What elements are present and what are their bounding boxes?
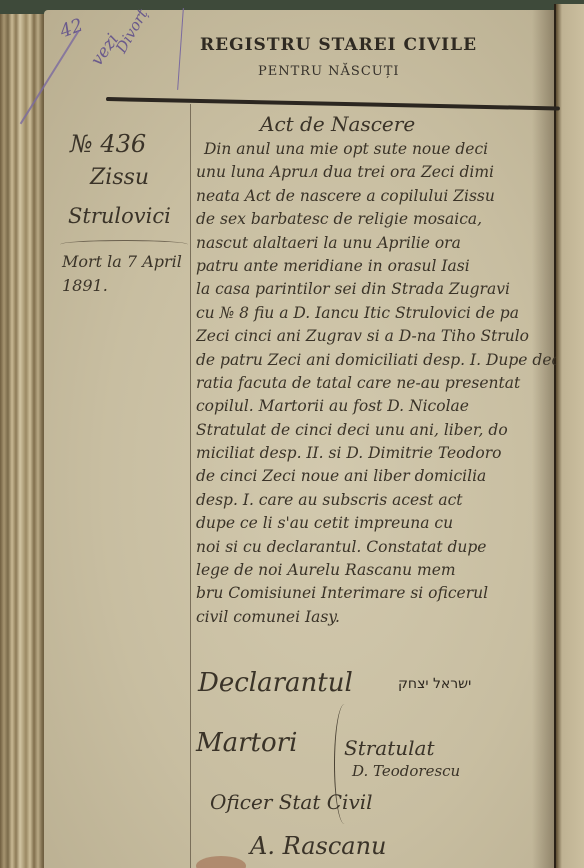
act-line: miciliat desp. II. si D. Dimitrie Teodor… bbox=[196, 444, 556, 467]
act-line: civil comunei Iasy. bbox=[196, 608, 556, 631]
act-line: copilul. Martorii au fost D. Nicolae bbox=[196, 397, 556, 420]
act-title: Act de Nascere bbox=[260, 112, 415, 136]
act-line: de cinci Zeci noue ani liber domicilia bbox=[196, 467, 556, 490]
margin-brace bbox=[60, 240, 188, 249]
act-line: neata Act de nascere a copilului Zissu bbox=[196, 187, 556, 210]
act-line: lege de noi Aurelu Rascanu mem bbox=[196, 561, 556, 584]
facing-page-edge bbox=[554, 4, 584, 868]
witness-signature: D. Teodorescu bbox=[352, 762, 460, 780]
act-line: noi si cu declarantul. Constatat dupe bbox=[196, 538, 556, 561]
act-line: Din anul una mie opt sute noue deci bbox=[196, 140, 556, 163]
act-line: la casa parintilor sei din Strada Zugrav… bbox=[196, 280, 556, 303]
act-line: unu luna Aprил dua trei ora Zeci dimi bbox=[196, 163, 556, 186]
act-line: de patru Zeci ani domiciliati desp. I. D… bbox=[196, 351, 556, 374]
officer-label: Oficer Stat Civil bbox=[210, 790, 373, 814]
register-subtitle: PENTRU NĂSCUȚI bbox=[258, 64, 400, 79]
declarant-signature: ישראל יצחק bbox=[398, 676, 471, 692]
act-line: ratia facuta de tatal care ne-au present… bbox=[196, 374, 556, 397]
act-line: Zeci cinci ani Zugrav si a D-na Tiho Str… bbox=[196, 327, 556, 350]
act-line: cu № 8 fiu a D. Iancu Itic Strulovici de… bbox=[196, 304, 556, 327]
act-line: Stratulat de cinci deci unu ani, liber, … bbox=[196, 421, 556, 444]
page-stack-edge bbox=[0, 14, 44, 868]
act-line: nascut alaltaeri la unu Aprilie ora bbox=[196, 234, 556, 257]
witness-signature: Stratulat bbox=[344, 736, 435, 760]
child-first-name: Zissu bbox=[90, 165, 210, 190]
act-number: № 436 bbox=[70, 130, 190, 158]
act-line: bru Comisiunei Interimare si oficerul bbox=[196, 584, 556, 607]
child-last-name: Strulovici bbox=[68, 204, 188, 228]
act-line: dupe ce li s'au cetit impreuna cu bbox=[196, 514, 556, 537]
witnesses-label: Martori bbox=[196, 728, 297, 758]
register-title: REGISTRU STAREI CIVILE bbox=[200, 35, 530, 55]
death-note-year: 1891. bbox=[62, 276, 182, 295]
declarant-label: Declarantul bbox=[198, 668, 353, 698]
act-line: de sex barbatesc de religie mosaica, bbox=[196, 210, 556, 233]
margin-column-rule bbox=[190, 104, 191, 868]
officer-signature: A. Rascanu bbox=[250, 832, 387, 860]
act-line: desp. I. care au subscris acest act bbox=[196, 491, 556, 514]
act-body: Din anul una mie opt sute noue deci unu … bbox=[196, 140, 556, 631]
act-line: patru ante meridiane in orasul Iasi bbox=[196, 257, 556, 280]
register-book-photo: 42 vezi Divorț REGISTRU STAREI CIVILE PE… bbox=[0, 0, 584, 868]
death-note: Mort la 7 April bbox=[62, 252, 182, 271]
